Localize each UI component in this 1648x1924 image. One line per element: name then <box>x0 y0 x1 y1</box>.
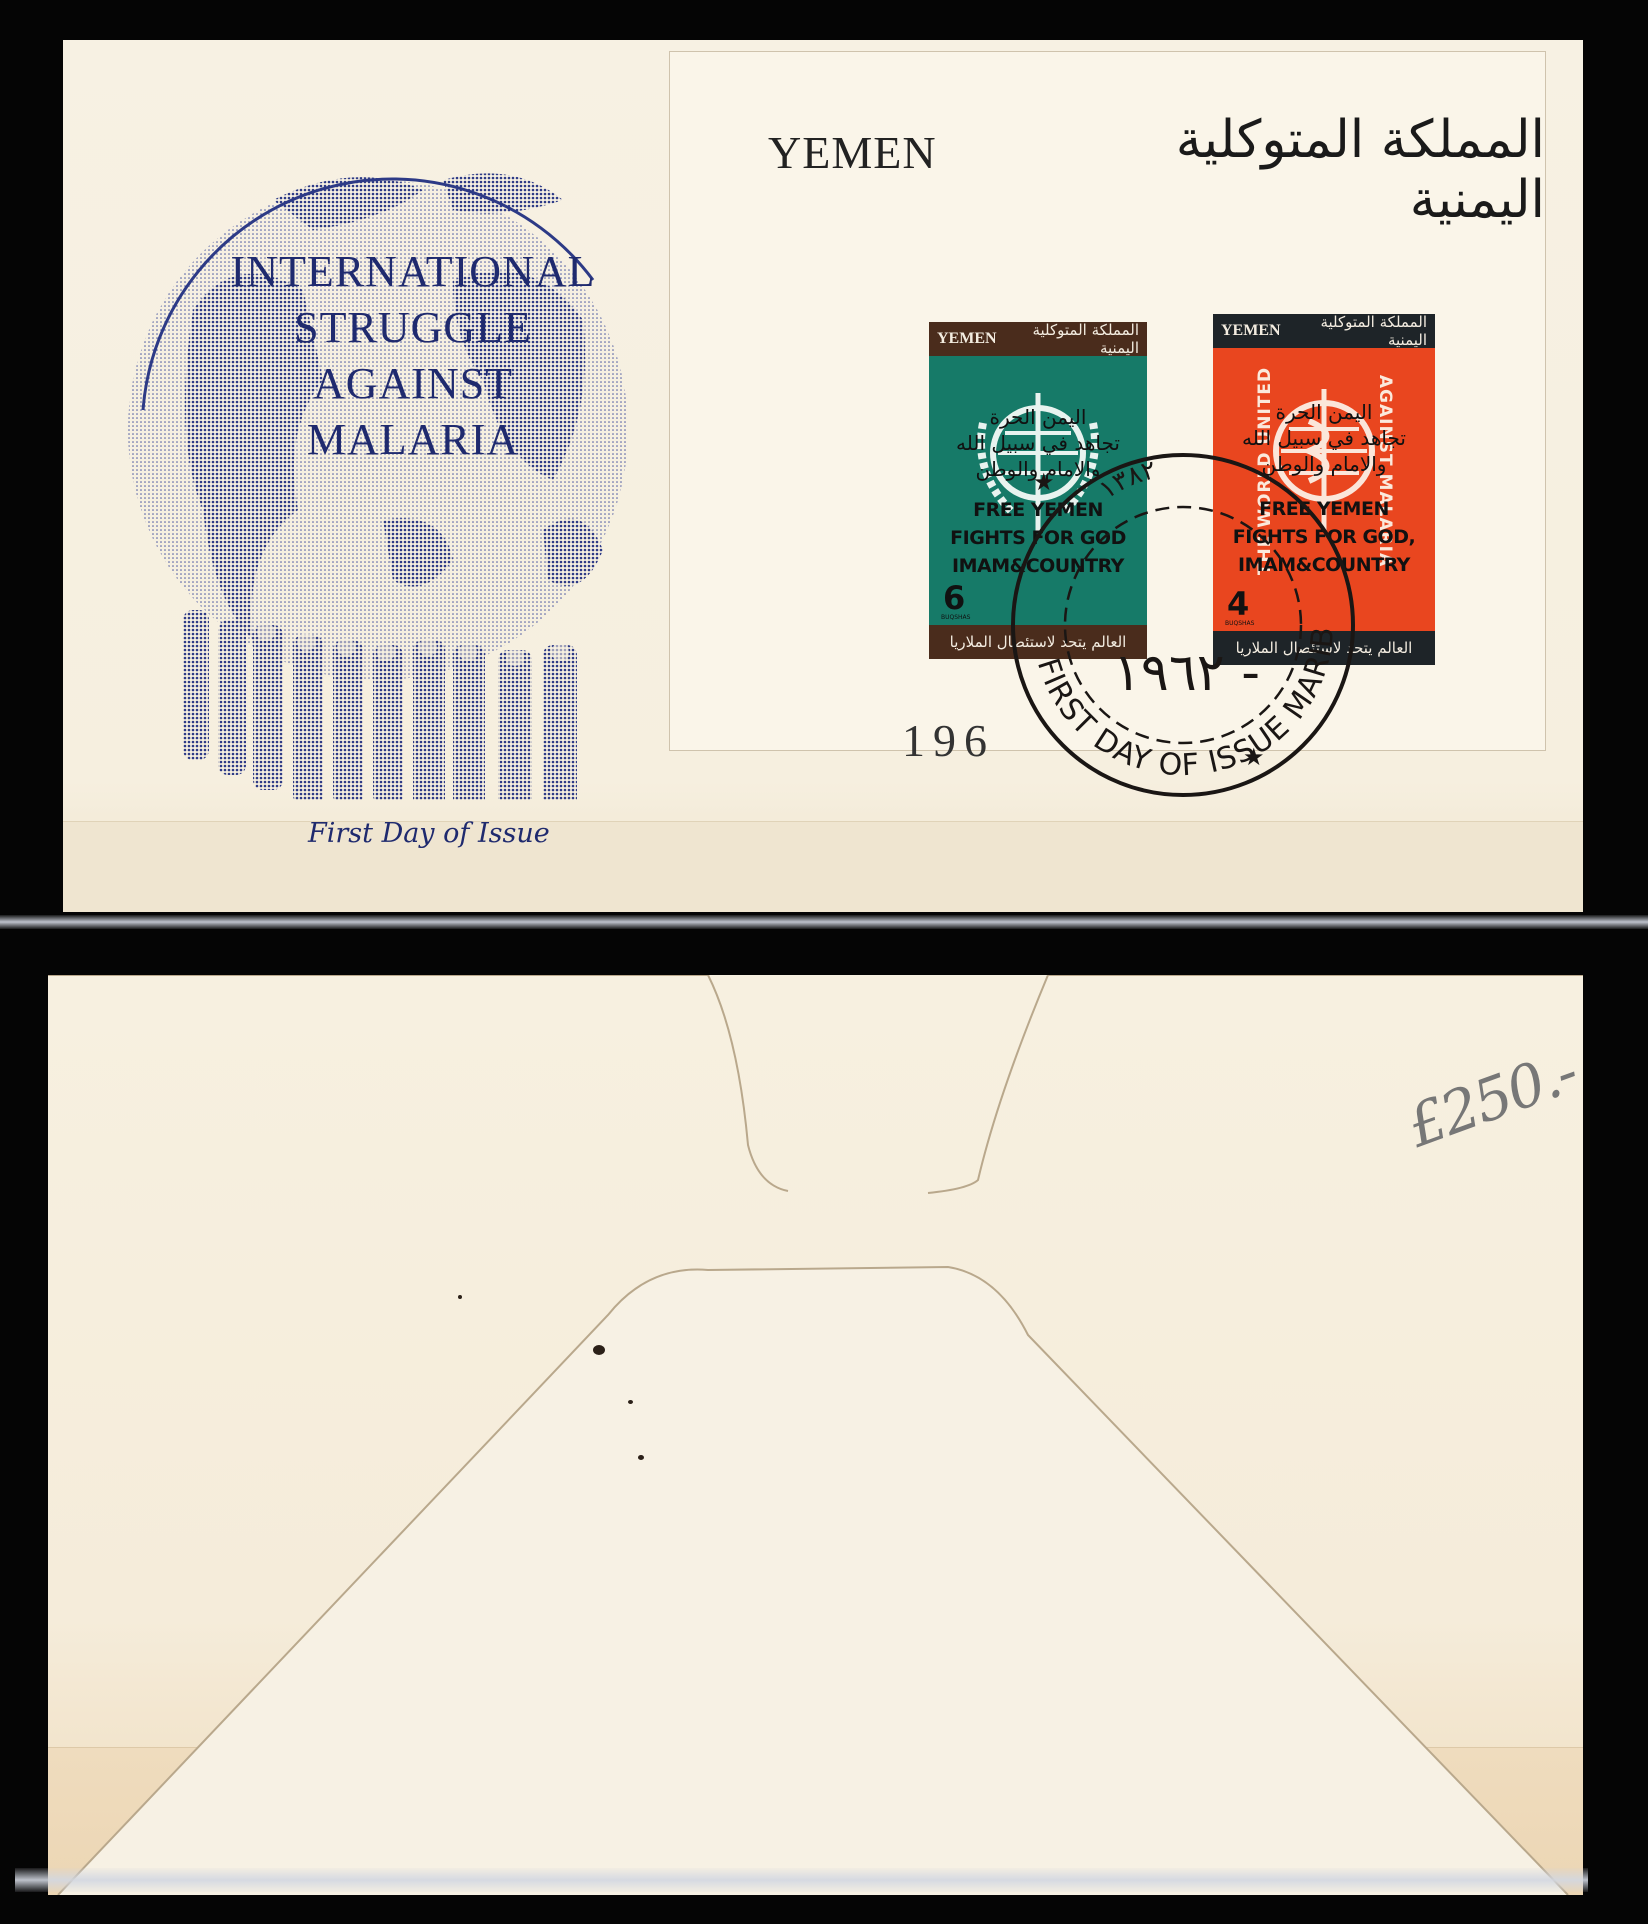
envelope-flaps <box>48 975 1583 1895</box>
stamp-country: YEMEN <box>937 330 997 348</box>
postmark-cancel: FIRST DAY OF ISSUE MARIB 7 II 67 ١٣٨٢ ١٩… <box>993 435 1373 815</box>
ink-speck <box>638 1455 644 1460</box>
sleeve-glare <box>15 1868 1588 1892</box>
sleeve-fold-strip <box>63 821 1583 912</box>
cachet-title-line-4: MALARIA <box>183 418 643 462</box>
envelope-back <box>48 975 1583 1895</box>
cachet-title-line-1: INTERNATIONAL <box>183 250 643 294</box>
sheet-year: 196 <box>902 714 995 767</box>
cachet-title-line-2: STRUGGLE <box>183 306 643 350</box>
overprint-arabic-line: اليمن الحرة <box>1213 399 1435 425</box>
ink-speck <box>628 1400 633 1404</box>
stamp-value: 6 <box>943 579 965 617</box>
postmark-center-date: ١٩٦٢ - <box>1113 643 1260 703</box>
stamp-top-band: YEMEN المملكة المتوكلية اليمنية <box>1213 314 1435 348</box>
sleeve-glare <box>0 915 1648 929</box>
cachet: INTERNATIONAL STRUGGLE AGAINST MALARIA F… <box>123 80 643 800</box>
sheet-country-name-arabic: المملكة المتوكلية اليمنية <box>1045 110 1545 230</box>
first-day-of-issue-text: First Day of Issue <box>308 818 550 849</box>
ink-speck <box>593 1345 605 1355</box>
stamp-country: YEMEN <box>1221 322 1281 340</box>
overprint-arabic-line: اليمن الحرة <box>929 404 1147 430</box>
cachet-title-line-3: AGAINST <box>183 362 643 406</box>
sheet-country-name: YEMEN <box>768 126 937 179</box>
stamp-top-band: YEMEN المملكة المتوكلية اليمنية <box>929 322 1147 356</box>
ink-speck <box>458 1295 462 1299</box>
stamp-country-arabic: المملكة المتوكلية اليمنية <box>997 321 1139 357</box>
postmark-ring: FIRST DAY OF ISSUE MARIB 7 II 67 ١٣٨٢ ١٩… <box>993 435 1373 815</box>
svg-text:★: ★ <box>1033 470 1055 496</box>
svg-text:★: ★ <box>1243 745 1265 771</box>
stamp-country-arabic: المملكة المتوكلية اليمنية <box>1281 313 1427 349</box>
stamp-currency: BUQSHAS <box>941 614 970 621</box>
envelope-front: INTERNATIONAL STRUGGLE AGAINST MALARIA F… <box>63 40 1583 912</box>
